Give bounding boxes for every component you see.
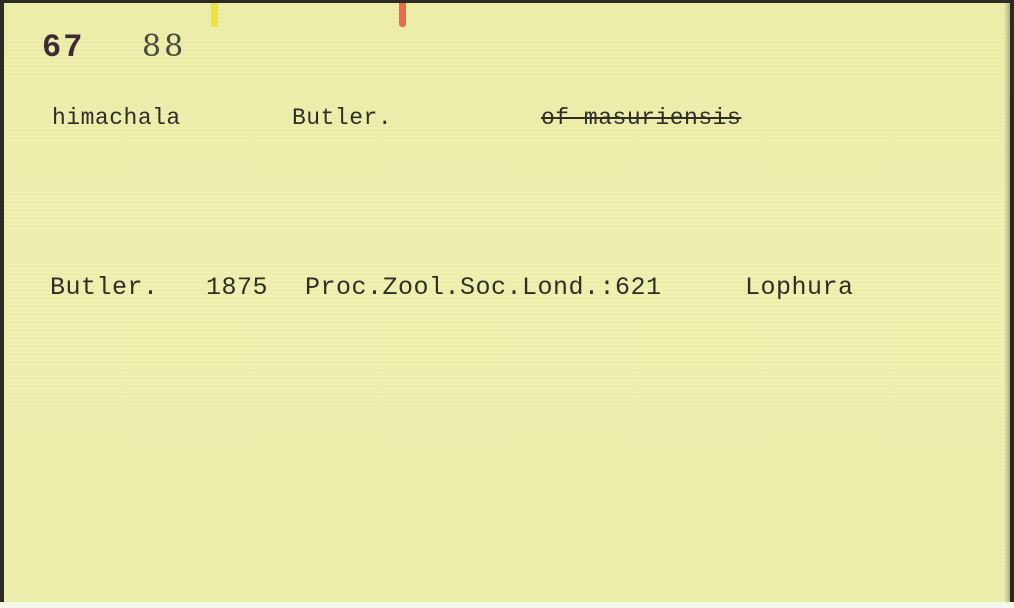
scanned-card-image: 67 88 himachala Butler. of masuriensis B… — [0, 0, 1014, 608]
species-author: Butler. — [292, 105, 392, 131]
yellow-tab-marker — [211, 3, 218, 27]
reference-author: Butler. — [50, 273, 159, 302]
index-card: 67 88 himachala Butler. of masuriensis B… — [4, 3, 1010, 603]
species-name: himachala — [52, 105, 181, 131]
card-right-edge — [1004, 3, 1010, 603]
card-bottom-edge — [0, 602, 1014, 608]
handwritten-number: 88 — [142, 29, 186, 64]
reference-genus: Lophura — [745, 273, 854, 302]
struck-through-note: of masuriensis — [541, 105, 741, 131]
reference-year: 1875 — [206, 273, 268, 302]
stamped-number: 67 — [42, 29, 84, 66]
red-tab-marker — [399, 3, 406, 27]
reference-journal: Proc.Zool.Soc.Lond.:621 — [305, 273, 662, 302]
